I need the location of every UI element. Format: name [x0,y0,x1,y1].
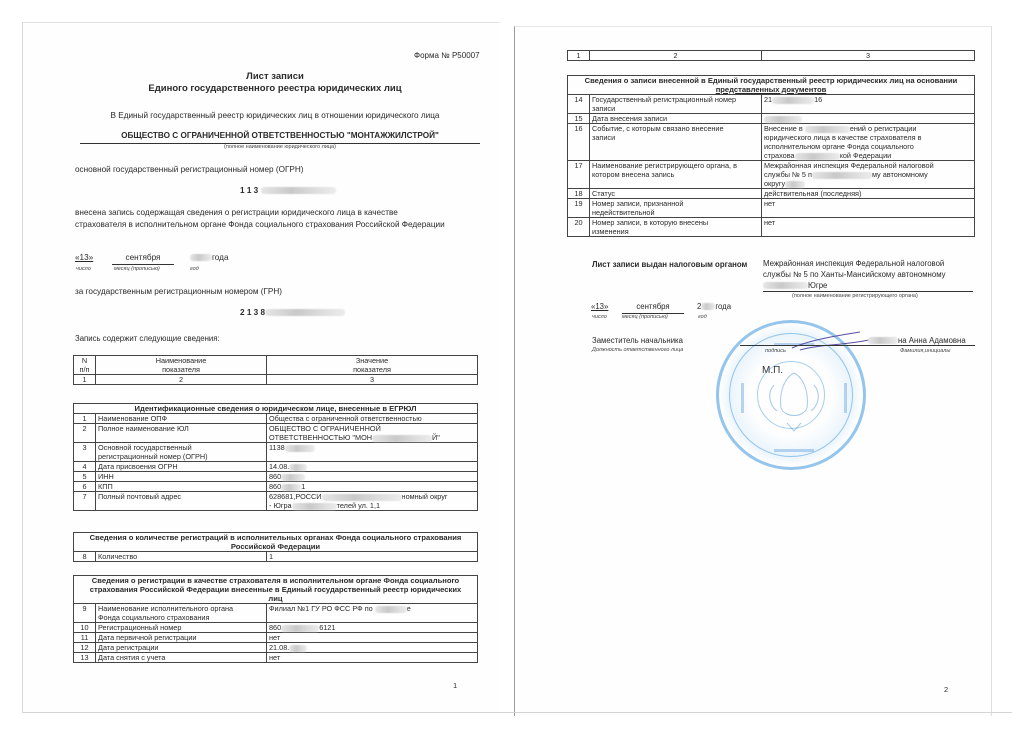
issuer-line3: Югре [763,280,973,292]
date2-year: 2года [697,301,731,313]
date-year: года [190,252,229,264]
page-number-2: 2 [944,685,948,694]
table-row: 10Регистрационный номер8606121 [74,623,478,633]
table-row: 7Полный почтовый адрес 628681,РОССИномны… [74,492,478,511]
position-caption: Должность ответственного лица [592,347,683,353]
date-month: сентября [112,252,174,265]
table-row: 16Событие, с которым связано внесениезап… [568,124,975,161]
signature-caption: подпись [765,348,786,354]
date2-month: сентября [622,301,684,314]
table-row: 18Статусдействительная (последняя) [568,189,975,199]
date-year-caption: год [190,266,199,272]
position-title: Заместитель начальника [592,335,683,347]
form-number: Форма № Р50007 [414,50,480,62]
count-table: Сведения о количестве регистраций в испо… [73,532,478,562]
date-month-caption: месяц (прописью) [114,266,160,272]
grn-label: за государственным регистрационным номер… [75,286,282,298]
company-name: ОБЩЕСТВО С ОГРАНИЧЕННОЙ ОТВЕТСТВЕННОСТЬЮ… [80,130,480,144]
date-day-caption: число [76,266,91,272]
table-row: 2Полное наименование ЮЛ ОБЩЕСТВО С ОГРАН… [74,424,478,443]
page-title-line2: Единого государственного реестра юридиче… [70,82,480,95]
issuer-caption: (полное наименование регистрирующего орг… [792,293,918,299]
table-row: 5ИНН860 [74,472,478,482]
company-name-caption: (полное наименование юридического лица) [80,144,480,150]
header-numbers-table: 1 2 3 [567,50,975,61]
table-row: 6КПП8601 [74,482,478,492]
date-day: «13» [75,252,93,264]
entry-text-line1: внесена запись содержащая сведения о рег… [75,207,398,219]
table-row: 12Дата регистрации21.08. [74,643,478,653]
date2-month-caption: месяц (прописью) [622,314,668,320]
table-row: 20Номер записи, в которую внесеныизменен… [568,218,975,237]
scan-edge [22,712,1012,713]
signature-icon [790,330,880,354]
grn-value: 2 1 3 8 [240,307,345,319]
intro-text: В Единый государственный реестр юридичес… [70,110,480,122]
table-row: 8Количество1 [74,552,478,562]
contains-label: Запись содержит следующие сведения: [75,333,220,345]
table-row: 3Основной государственныйрегистрационный… [74,443,478,462]
table-row: 13Дата снятия с учетанет [74,653,478,663]
record-table: Сведения о записи внесенной в Единый гос… [567,75,975,237]
issuer-line1: Межрайонная инспекция Федеральной налого… [763,258,944,269]
issuer-line2: службы № 5 по Ханты-Мансийскому автономн… [763,269,946,280]
table-row: 1Наименование ОПФОбщества с ограниченной… [74,414,478,424]
date2-year-caption: год [698,314,707,320]
header-table: Nп/п Наименованиепоказателя Значениепока… [73,355,478,385]
table-row: 15Дата внесения записи [568,114,975,124]
table-row: 4Дата присвоения ОГРН14.08. [74,462,478,472]
ogrn-label: основной государственный регистрационный… [75,164,304,176]
stamp-label: М.П. [762,365,783,376]
table-row: 9Наименование исполнительного органаФонд… [74,604,478,623]
issued-label: Лист записи выдан налоговым органом [592,259,747,271]
table-row: 19Номер записи, признаннойнедействительн… [568,199,975,218]
table-row: 11Дата первичной регистрациинет [74,633,478,643]
page-number-1: 1 [453,681,457,690]
date2-day-caption: число [592,314,607,320]
signer-caption: Фамилия,инициалы [900,348,950,354]
ogrn-value: 1 1 3 [240,185,336,197]
insurer-table: Сведения о регистрации в качестве страхо… [73,575,478,663]
table-row: 17Наименование регистрирующего органа, в… [568,161,975,189]
entry-text-line2: страхователя в исполнительном органе Фон… [75,219,445,231]
date2-day: «13» [591,301,608,313]
signer-name: на Анна Адамовна [868,335,966,347]
table-row: 14Государственный регистрационный номерз… [568,95,975,114]
ident-table: Идентификационные сведения о юридическом… [73,403,478,511]
